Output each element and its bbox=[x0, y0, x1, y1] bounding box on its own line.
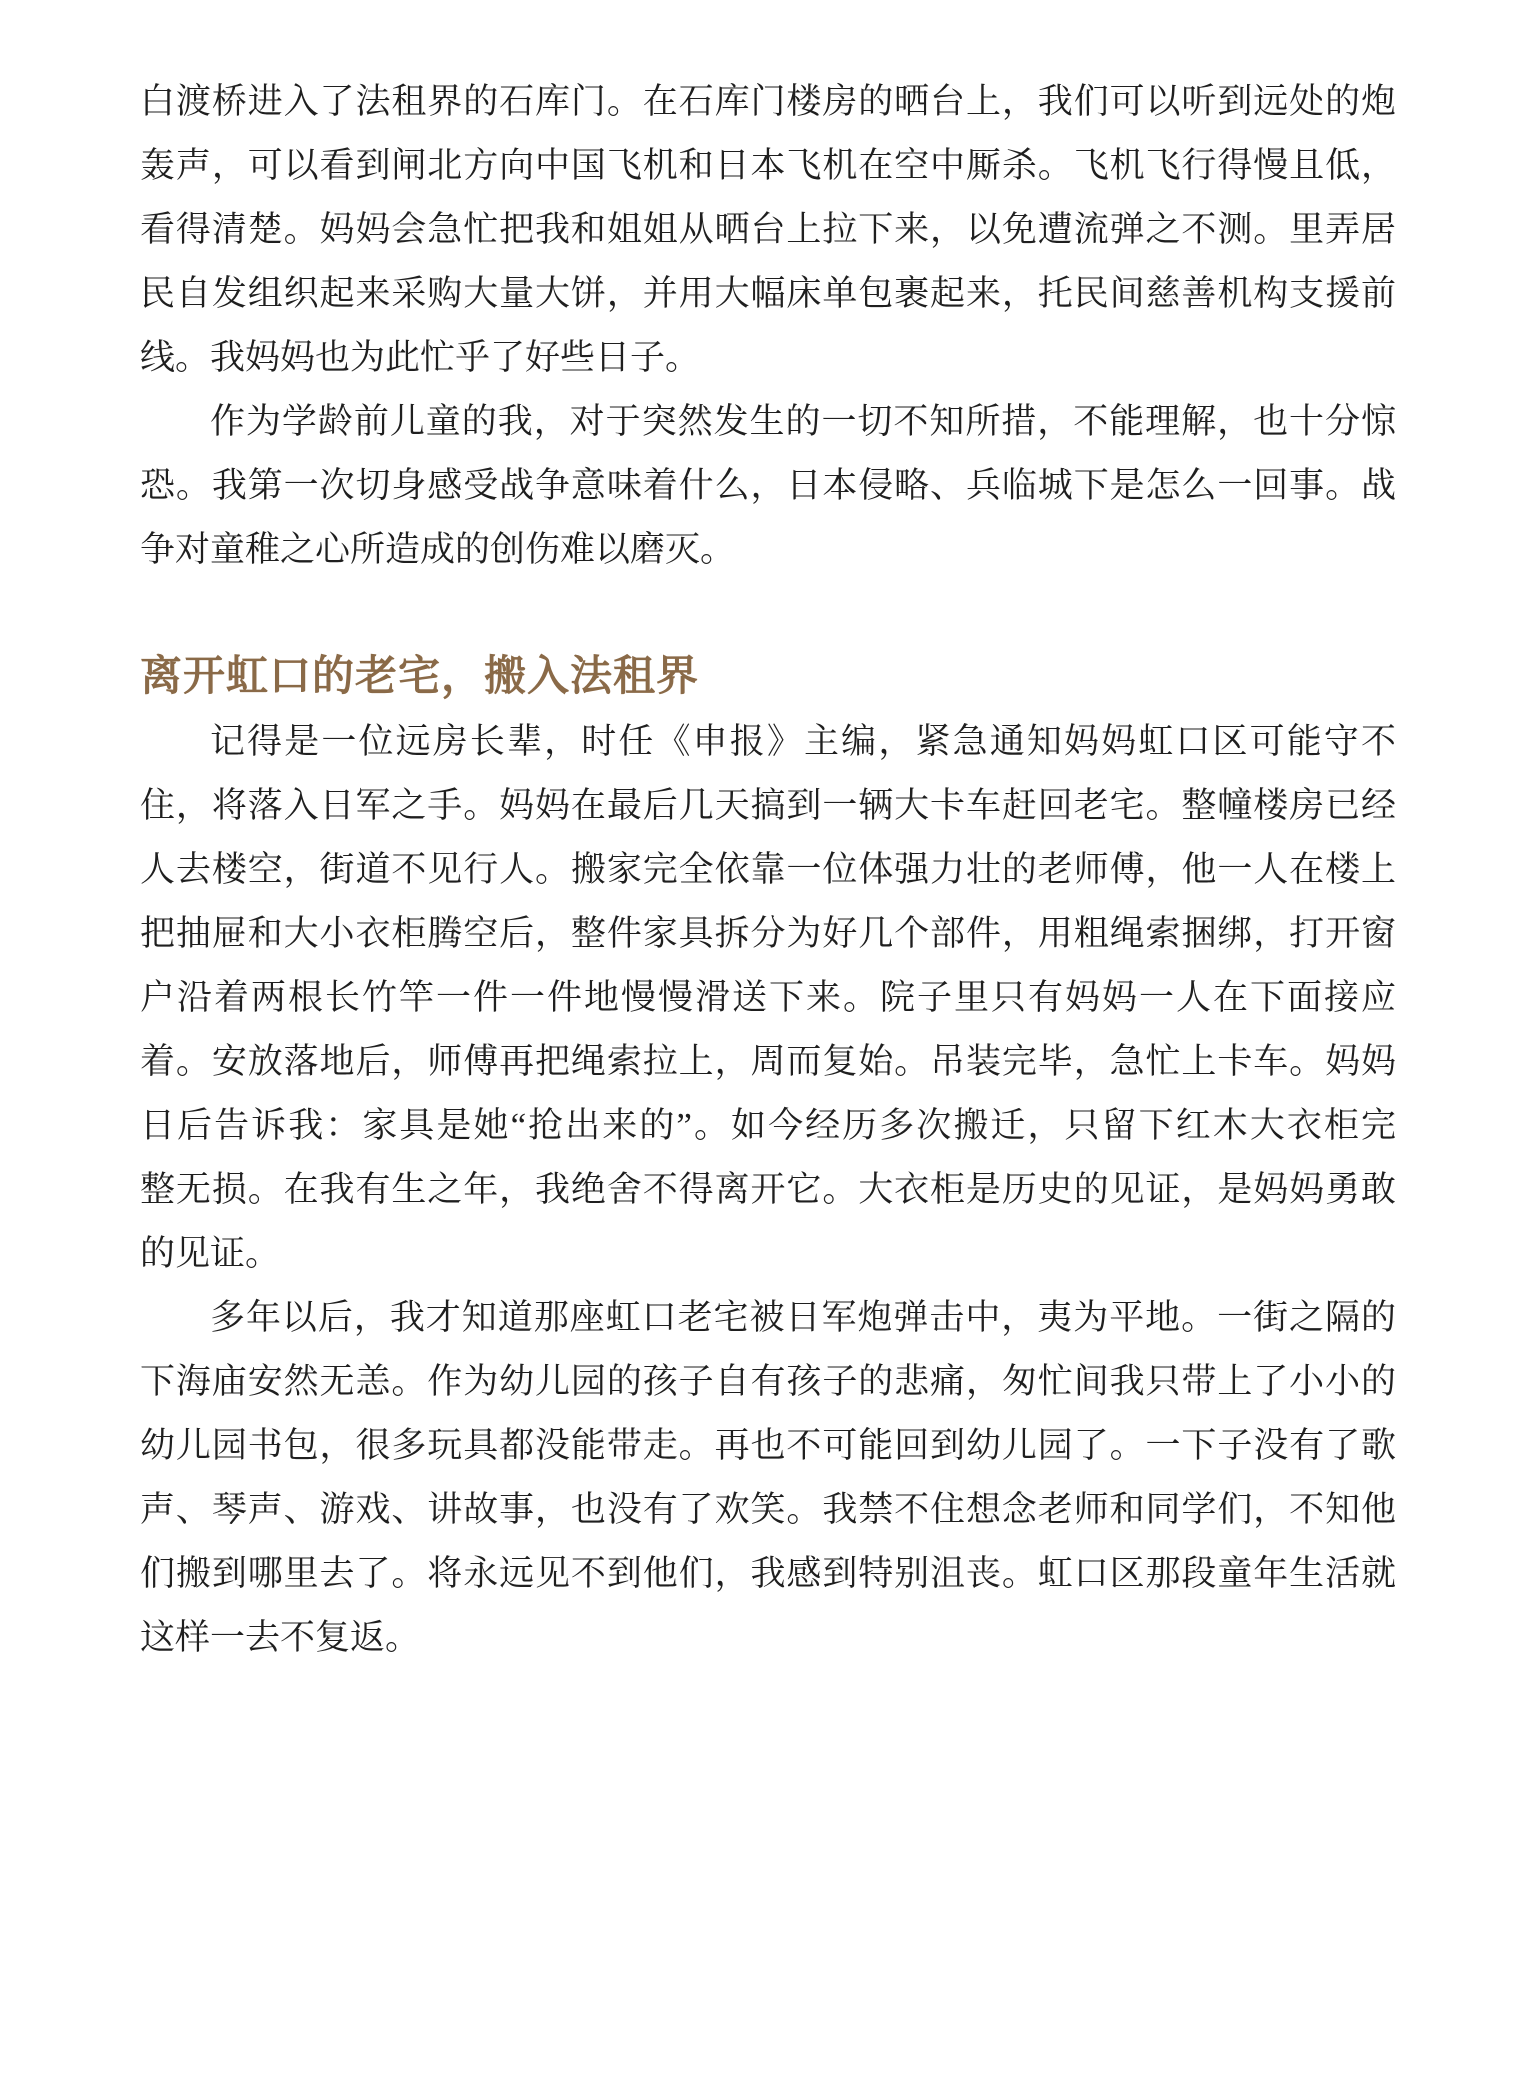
text-line: 这样一去不复返。 bbox=[140, 1606, 1396, 1670]
text-line: 争对童稚之心所造成的创伤难以磨灭。 bbox=[140, 518, 1396, 582]
text-line: 把抽屉和大小衣柜腾空后，整件家具拆分为好几个部件，用粗绳索捆绑，打开窗 bbox=[140, 902, 1396, 966]
paragraph-war-scene: 白渡桥进入了法租界的石库门。在石库门楼房的晒台上，我们可以听到远处的炮轰声，可以… bbox=[140, 70, 1396, 390]
text-line: 着。安放落地后，师傅再把绳索拉上，周而复始。吊装完毕，急忙上卡车。妈妈 bbox=[140, 1030, 1396, 1094]
text-line: 作为学龄前儿童的我，对于突然发生的一切不知所措，不能理解，也十分惊 bbox=[140, 390, 1396, 454]
text-line: 恐。我第一次切身感受战争意味着什么，日本侵略、兵临城下是怎么一回事。战 bbox=[140, 454, 1396, 518]
text-line: 们搬到哪里去了。将永远见不到他们，我感到特别沮丧。虹口区那段童年生活就 bbox=[140, 1542, 1396, 1606]
text-line: 民自发组织起来采购大量大饼，并用大幅床单包裹起来，托民间慈善机构支援前 bbox=[140, 262, 1396, 326]
text-line: 整无损。在我有生之年，我绝舍不得离开它。大衣柜是历史的见证，是妈妈勇敢 bbox=[140, 1158, 1396, 1222]
text-line: 记得是一位远房长辈，时任《申报》主编，紧急通知妈妈虹口区可能守不 bbox=[140, 710, 1396, 774]
book-page: 白渡桥进入了法租界的石库门。在石库门楼房的晒台上，我们可以听到远处的炮轰声，可以… bbox=[0, 0, 1536, 2095]
text-line: 的见证。 bbox=[140, 1222, 1396, 1286]
paragraph-moving-out: 记得是一位远房长辈，时任《申报》主编，紧急通知妈妈虹口区可能守不住，将落入日军之… bbox=[140, 710, 1396, 1286]
text-line: 看得清楚。妈妈会急忙把我和姐姐从晒台上拉下来，以免遭流弹之不测。里弄居 bbox=[140, 198, 1396, 262]
text-line: 白渡桥进入了法租界的石库门。在石库门楼房的晒台上，我们可以听到远处的炮 bbox=[140, 70, 1396, 134]
paragraph-child-fear: 作为学龄前儿童的我，对于突然发生的一切不知所措，不能理解，也十分惊恐。我第一次切… bbox=[140, 390, 1396, 582]
text-line: 轰声，可以看到闸北方向中国飞机和日本飞机在空中厮杀。飞机飞行得慢且低， bbox=[140, 134, 1396, 198]
text-line: 人去楼空，街道不见行人。搬家完全依靠一位体强力壮的老师傅，他一人在楼上 bbox=[140, 838, 1396, 902]
paragraph-after-years: 多年以后，我才知道那座虹口老宅被日军炮弹击中，夷为平地。一街之隔的下海庙安然无恙… bbox=[140, 1286, 1396, 1670]
text-line: 幼儿园书包，很多玩具都没能带走。再也不可能回到幼儿园了。一下子没有了歌 bbox=[140, 1414, 1396, 1478]
section-heading: 离开虹口的老宅，搬入法租界 bbox=[140, 646, 1396, 710]
text-line: 日后告诉我：家具是她“抢出来的”。如今经历多次搬迁，只留下红木大衣柜完 bbox=[140, 1094, 1396, 1158]
text-line: 下海庙安然无恙。作为幼儿园的孩子自有孩子的悲痛，匆忙间我只带上了小小的 bbox=[140, 1350, 1396, 1414]
text-line: 声、琴声、游戏、讲故事，也没有了欢笑。我禁不住想念老师和同学们，不知他 bbox=[140, 1478, 1396, 1542]
text-line: 线。我妈妈也为此忙乎了好些日子。 bbox=[140, 326, 1396, 390]
text-line: 多年以后，我才知道那座虹口老宅被日军炮弹击中，夷为平地。一街之隔的 bbox=[140, 1286, 1396, 1350]
text-line: 户沿着两根长竹竿一件一件地慢慢滑送下来。院子里只有妈妈一人在下面接应 bbox=[140, 966, 1396, 1030]
text-line: 住，将落入日军之手。妈妈在最后几天搞到一辆大卡车赶回老宅。整幢楼房已经 bbox=[140, 774, 1396, 838]
